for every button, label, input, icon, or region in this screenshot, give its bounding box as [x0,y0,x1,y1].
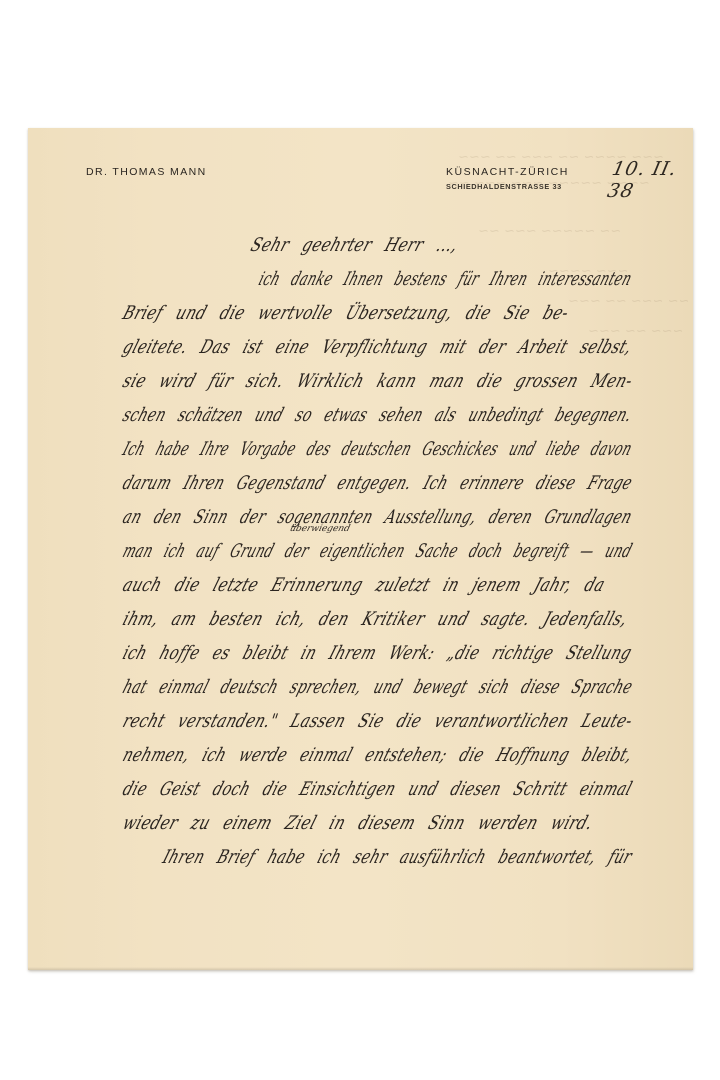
bleed-through-text: ~~ ~~~~~ ~~~ ~~ [476,224,622,239]
letterhead-street: SCHIEDHALDENSTRASSE 33 [446,182,562,191]
handwritten-line: Brief und die wertvolle Übersetzung, die… [120,302,572,325]
letterhead-place: KÜSNACHT-ZÜRICH [446,166,569,178]
letter-sheet: ~~~ ~~~~ ~~ ~~~ ~~ ~~~ ~~~~ ~~~~~ ~~~ ~~… [28,128,693,970]
handwritten-line: ich hoffe es bleibt in Ihrem Werk: „die … [120,642,635,665]
handwritten-line: sie wird für sich. Wirklich kann man die… [120,370,636,393]
bleed-through-text: ~~ ~~~ ~~ ~~~ [566,294,691,309]
photo-stage: ~~~ ~~~~ ~~ ~~~ ~~ ~~~ ~~~~ ~~~~~ ~~~ ~~… [0,0,720,1080]
handwritten-line: an den Sinn der sogenannten Ausstellung,… [120,506,635,529]
handwritten-line: hat einmal deutsch sprechen, und bewegt … [120,676,636,699]
handwritten-line: recht verstanden." Lassen Sie die verant… [120,710,636,733]
handwritten-line: wieder zu einem Ziel in diesem Sinn werd… [120,812,596,835]
handwritten-line: nehmen, ich werde einmal entstehen; die … [120,744,635,767]
handwritten-line: darum Ihren Gegenstand entgegen. Ich eri… [120,472,635,495]
handwritten-line: die Geist doch die Einsichtigen und dies… [120,778,635,801]
handwritten-line: auch die letzte Erinnerung zuletzt in je… [120,574,608,597]
salutation: Sehr geehrter Herr ..., [248,234,461,257]
letterhead-name: DR. THOMAS MANN [86,166,207,178]
handwritten-line: schen schätzen und so etwas sehen als un… [120,404,635,427]
handwritten-date: 10. II. 38 [605,158,693,202]
handwritten-line: Ihren Brief habe ich sehr ausführlich be… [160,846,635,869]
handwritten-line: man ich auf Grund der eigentlichen Sache… [120,540,635,563]
handwritten-line: ich danke Ihnen bestens für Ihren intere… [256,268,635,291]
handwritten-line: ihm, am besten ich, den Kritiker und sag… [120,608,631,631]
interlinear-insert: überwiegend [289,524,351,534]
handwritten-line: gleitete. Das ist eine Verpflichtung mit… [120,336,635,359]
handwritten-line: Ich habe Ihre Vorgabe des deutschen Gesc… [120,438,635,461]
